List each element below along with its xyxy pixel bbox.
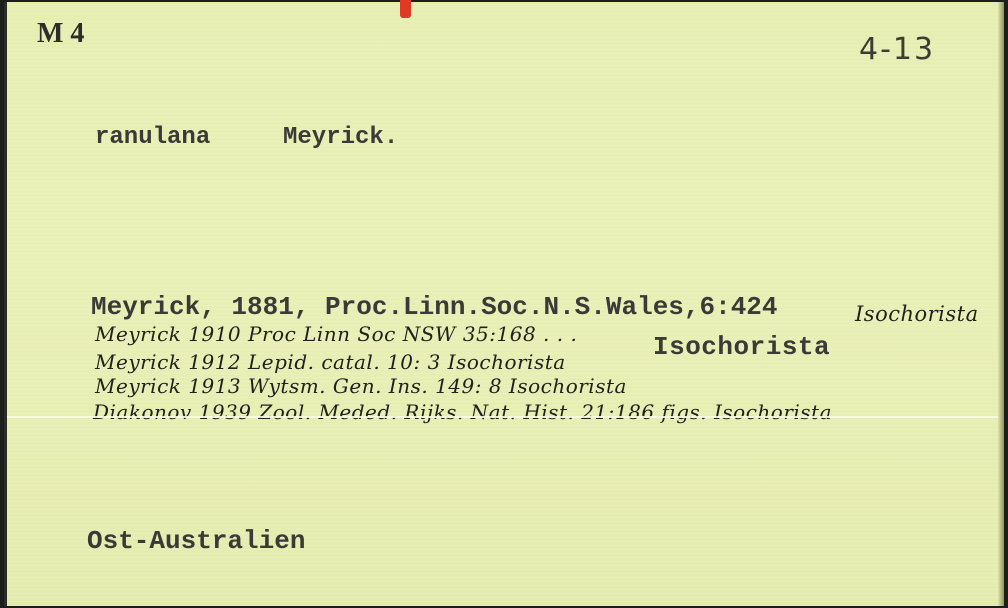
species-name: ranulana [95, 124, 210, 151]
reference-handwritten-1912: Meyrick 1912 Lepid. catal. 10: 3 Isochor… [95, 350, 566, 374]
call-number: M 4 [37, 18, 84, 50]
card-reference-number: 4-13 [859, 32, 935, 67]
reference-handwritten-1913: Meyrick 1913 Wytsm. Gen. Ins. 149: 8 Iso… [95, 374, 627, 398]
index-card: M 4 4-13 ranulana Meyrick. Meyrick, 1881… [4, 2, 1004, 606]
reference-handwritten-1939: Diakonov 1939 Zool. Meded. Rijks. Nat. H… [93, 400, 832, 424]
card-edge-shadow [998, 2, 1004, 606]
reference-handwritten-1910-genus: Isochorista [653, 332, 830, 362]
reference-typed-genus-note: Isochorista [855, 302, 979, 326]
reference-typed-original: Meyrick, 1881, Proc.Linn.Soc.N.S.Wales,6… [91, 292, 778, 322]
scan-artifact-line [7, 416, 1004, 418]
reference-handwritten-1910: Meyrick 1910 Proc Linn Soc NSW 35:168 . … [95, 322, 577, 346]
locality: Ost-Australien [87, 526, 305, 556]
red-tab-marker [400, 0, 411, 18]
species-author: Meyrick. [283, 124, 398, 151]
